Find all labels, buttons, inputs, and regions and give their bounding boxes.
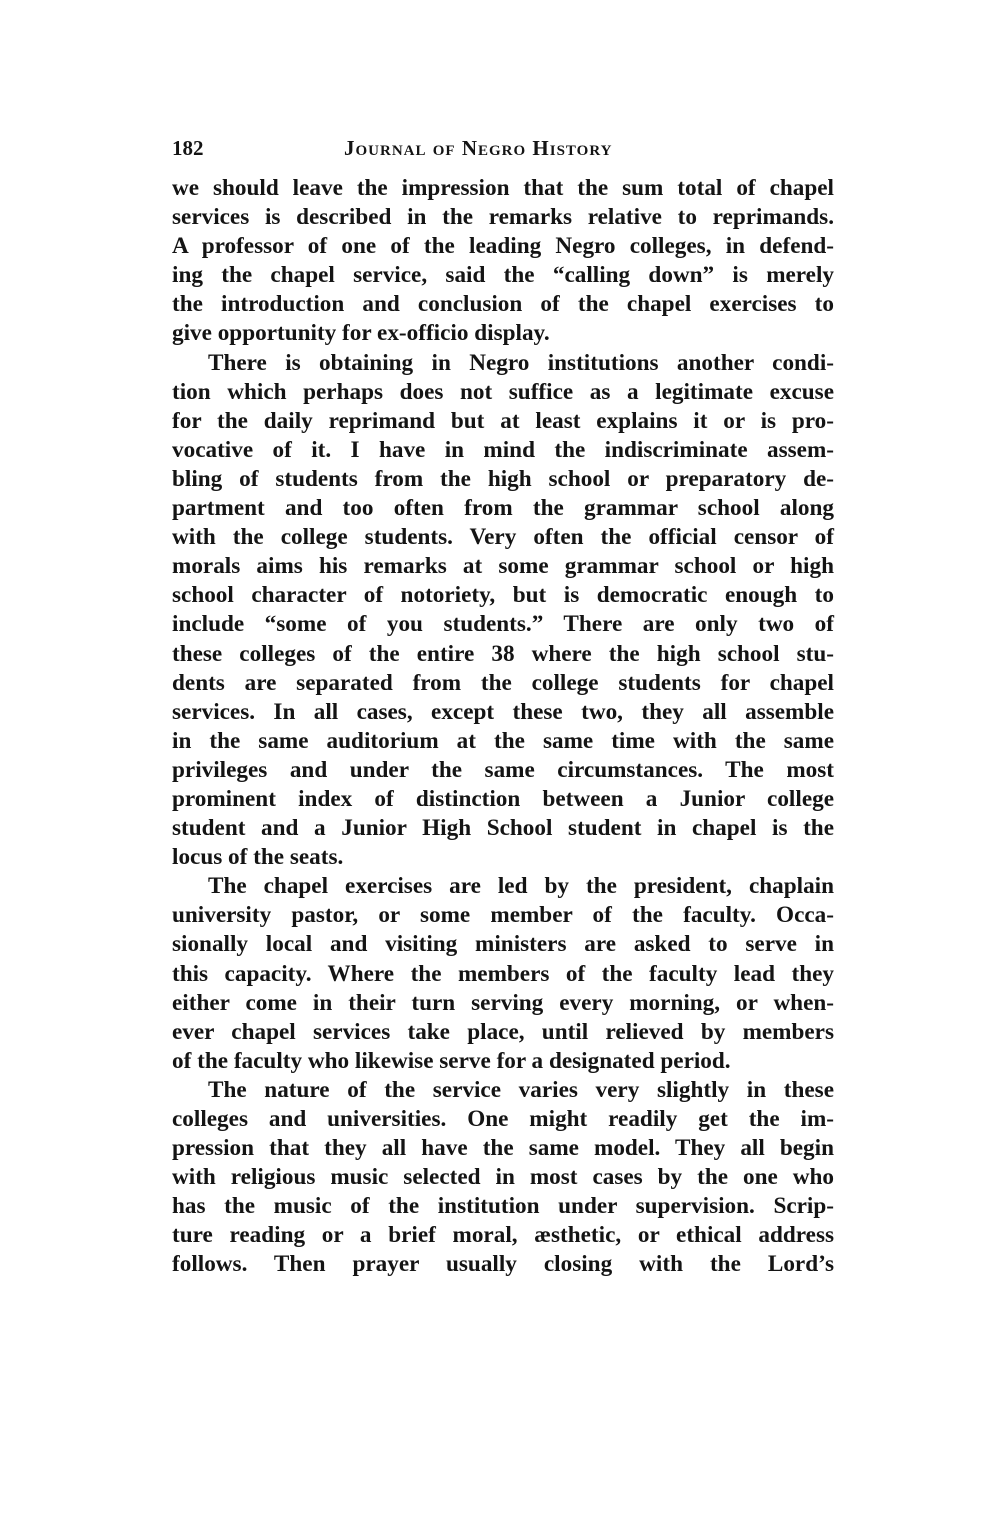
- text-line: these colleges of the entire 38 where th…: [172, 640, 834, 669]
- text-line: sionally local and visiting ministers ar…: [172, 930, 834, 959]
- paragraph-2: There is obtaining in Negro institutions…: [172, 349, 834, 873]
- text-line: with the college students. Very often th…: [172, 523, 834, 552]
- text-line: pression that they all have the same mod…: [172, 1134, 834, 1163]
- text-line: locus of the seats.: [172, 843, 834, 872]
- text-line: vocative of it. I have in mind the indis…: [172, 436, 834, 465]
- text-line: partment and too often from the grammar …: [172, 494, 834, 523]
- text-line: prominent index of distinction between a…: [172, 785, 834, 814]
- text-line: give opportunity for ex-officio display.: [172, 319, 834, 348]
- paragraph-3: The chapel exercises are led by the pres…: [172, 872, 834, 1076]
- text-line: The nature of the service varies very sl…: [172, 1076, 834, 1105]
- text-line: university pastor, or some member of the…: [172, 901, 834, 930]
- text-line: follows. Then prayer usually closing wit…: [172, 1250, 834, 1279]
- text-line: services. In all cases, except these two…: [172, 698, 834, 727]
- text-line: for the daily reprimand but at least exp…: [172, 407, 834, 436]
- running-head: 182 Journal of Negro History: [172, 130, 834, 166]
- journal-title: Journal of Negro History: [344, 130, 612, 166]
- text-line: in the same auditorium at the same time …: [172, 727, 834, 756]
- paragraph-4: The nature of the service varies very sl…: [172, 1076, 834, 1280]
- text-line: The chapel exercises are led by the pres…: [172, 872, 834, 901]
- text-line: A professor of one of the leading Negro …: [172, 232, 834, 261]
- text-line: school character of notoriety, but is de…: [172, 581, 834, 610]
- text-line: morals aims his remarks at some grammar …: [172, 552, 834, 581]
- body-text: we should leave the impression that the …: [172, 174, 834, 1280]
- text-line: include “some of you students.” There ar…: [172, 610, 834, 639]
- document-page: 182 Journal of Negro History we should l…: [172, 130, 834, 1280]
- text-line: with religious music selected in most ca…: [172, 1163, 834, 1192]
- text-line: ever chapel services take place, until r…: [172, 1018, 834, 1047]
- text-line: either come in their turn serving every …: [172, 989, 834, 1018]
- text-line: this capacity. Where the members of the …: [172, 960, 834, 989]
- text-line: There is obtaining in Negro institutions…: [172, 349, 834, 378]
- page-number: 182: [172, 130, 204, 166]
- text-line: privileges and under the same circumstan…: [172, 756, 834, 785]
- text-line: ture reading or a brief moral, æsthetic,…: [172, 1221, 834, 1250]
- text-line: the introduction and conclusion of the c…: [172, 290, 834, 319]
- text-line: services is described in the remarks rel…: [172, 203, 834, 232]
- text-line: student and a Junior High School student…: [172, 814, 834, 843]
- text-line: dents are separated from the college stu…: [172, 669, 834, 698]
- text-line: has the music of the institution under s…: [172, 1192, 834, 1221]
- paragraph-1: we should leave the impression that the …: [172, 174, 834, 349]
- text-line: colleges and universities. One might rea…: [172, 1105, 834, 1134]
- text-line: tion which perhaps does not suffice as a…: [172, 378, 834, 407]
- text-line: ing the chapel service, said the “callin…: [172, 261, 834, 290]
- text-line: of the faculty who likewise serve for a …: [172, 1047, 834, 1076]
- text-line: we should leave the impression that the …: [172, 174, 834, 203]
- text-line: bling of students from the high school o…: [172, 465, 834, 494]
